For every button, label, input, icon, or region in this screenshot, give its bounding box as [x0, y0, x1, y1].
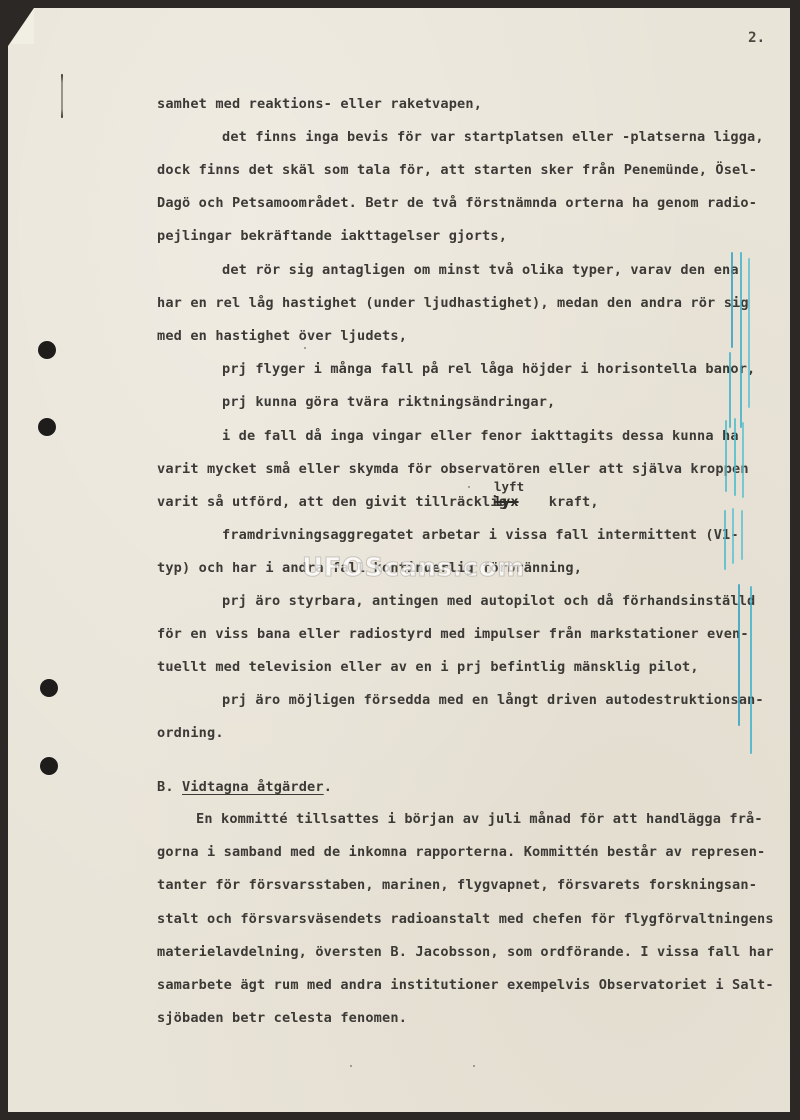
margin-mark-line — [742, 422, 744, 498]
section-text-line: En kommitté tillsattes i början av juli … — [196, 811, 763, 827]
margin-mark-line — [740, 252, 742, 428]
struck-word-text: lyx — [494, 494, 519, 510]
body-text-line: Dagö och Petsamoområdet. Betr de två för… — [157, 195, 757, 211]
section-text-line: gorna i samband med de inkomna rapporter… — [157, 844, 765, 860]
inserted-correction: lyft — [494, 479, 524, 494]
struck-out-word: lyx — [494, 494, 519, 510]
body-text-line: varit så utförd, att den givit tillräckl… — [157, 494, 599, 510]
margin-mark-line — [750, 586, 752, 754]
paper-speck — [350, 1065, 352, 1067]
paper-speck — [304, 347, 306, 349]
margin-mark-line — [729, 352, 731, 428]
folded-corner-flap — [10, 8, 34, 44]
body-text-line: det rör sig antagligen om minst två olik… — [222, 262, 739, 278]
body-text-line: prj äro styrbara, antingen med autopilot… — [222, 593, 755, 609]
body-text-line: prj äro möjligen försedda med en långt d… — [222, 692, 764, 708]
paper-speck — [468, 486, 470, 488]
section-text-line: tanter för försvarsstaben, marinen, flyg… — [157, 877, 757, 893]
body-text-line: med en hastighet över ljudets, — [157, 328, 407, 344]
body-text-line: i de fall då inga vingar eller fenor iak… — [222, 428, 739, 444]
margin-mark-line — [734, 418, 736, 496]
margin-mark-line — [725, 420, 727, 492]
section-title: Vidtagna åtgärder — [182, 779, 324, 795]
watermark: UFOScans.com — [302, 553, 525, 583]
body-text-line: framdrivningsaggregatet arbetar i vissa … — [222, 527, 739, 543]
margin-mark-line — [732, 508, 734, 564]
margin-mark-line — [738, 584, 740, 726]
section-prefix: B. — [157, 779, 174, 795]
punch-hole-icon — [38, 418, 56, 436]
page-number: 2. — [748, 30, 765, 46]
margin-mark-line — [731, 252, 733, 348]
body-text-line: ordning. — [157, 725, 224, 741]
body-text-line: varit mycket små eller skymda för observ… — [157, 461, 749, 477]
body-text-line: prj flyger i många fall på rel låga höjd… — [222, 361, 755, 377]
staple-mark-icon — [61, 74, 63, 118]
section-text-line: materielavdelning, översten B. Jacobsson… — [157, 944, 774, 960]
body-text-line: prj kunna göra tvära riktningsändringar, — [222, 394, 555, 410]
margin-mark-line — [724, 510, 726, 570]
body-text-line: dock finns det skäl som tala för, att st… — [157, 162, 757, 178]
section-text-line: sjöbaden betr celesta fenomen. — [157, 1010, 407, 1026]
body-text-line: tuellt med television eller av en i prj … — [157, 659, 699, 675]
section-suffix: . — [324, 779, 332, 795]
body-text-line: samhet med reaktions- eller raketvapen, — [157, 96, 482, 112]
body-text-line: pejlingar bekräftande iakttagelser gjort… — [157, 228, 507, 244]
paper-speck — [473, 1065, 475, 1067]
body-text-line: det finns inga bevis för var startplatse… — [222, 129, 764, 145]
margin-mark-line — [748, 258, 750, 408]
punch-hole-icon — [40, 679, 58, 697]
punch-hole-icon — [38, 341, 56, 359]
body-text-line: för en viss bana eller radiostyrd med im… — [157, 626, 749, 642]
body-text-line: har en rel låg hastighet (under ljudhast… — [157, 295, 749, 311]
punch-hole-icon — [40, 757, 58, 775]
section-text-line: samarbete ägt rum med andra institutione… — [157, 977, 774, 993]
margin-mark-line — [741, 510, 743, 560]
section-text-line: stalt och försvarsväsendets radioanstalt… — [157, 911, 774, 927]
section-heading: B. Vidtagna åtgärder. — [157, 779, 332, 795]
